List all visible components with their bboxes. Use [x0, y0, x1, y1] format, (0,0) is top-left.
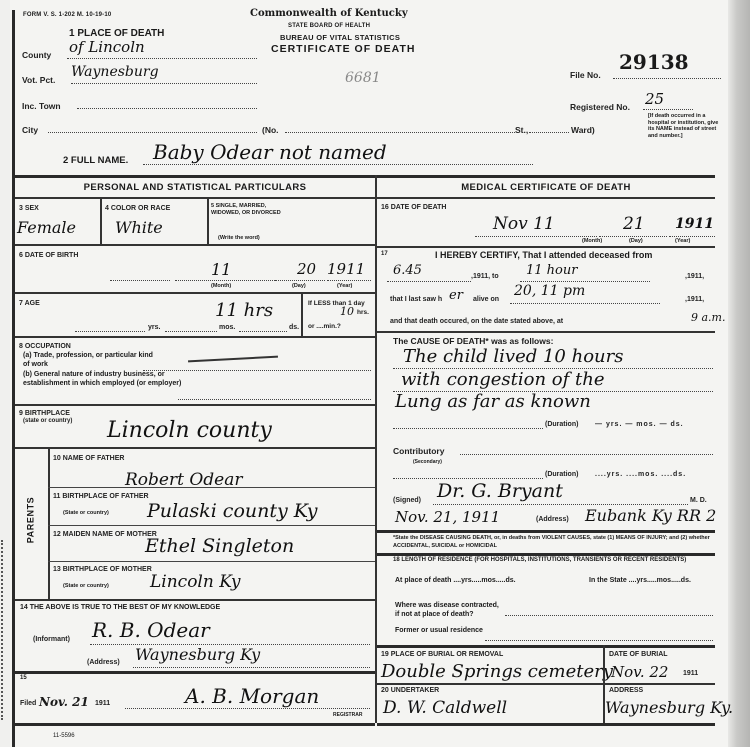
divider: [377, 553, 715, 556]
county-label: County: [22, 50, 51, 60]
divider: [15, 723, 375, 726]
filed-date-value[interactable]: Nov. 21: [39, 695, 89, 709]
death-time-value[interactable]: 9 a.m.: [691, 311, 725, 324]
day-caption: (Day): [292, 283, 306, 289]
occupation-label: 8 OCCUPATION: [19, 343, 71, 351]
age-years-field[interactable]: [75, 323, 145, 332]
marital-status-field[interactable]: [290, 205, 370, 237]
alive-on-label: alive on: [473, 296, 499, 304]
birthplace-value[interactable]: Lincoln county: [107, 418, 272, 443]
burial-place-label: 19 PLACE OF BURIAL OR REMOVAL: [381, 651, 503, 659]
commonwealth-title: Commonwealth of Kentucky: [250, 8, 408, 19]
divider: [15, 336, 375, 338]
divider: [377, 683, 715, 685]
full-name-label: 2 FULL NAME.: [63, 155, 128, 166]
occupation-b-label: (b) General nature of industry business,…: [23, 371, 188, 388]
marital-status-label: 5 SINGLE, MARRIED, WIDOWED, OR DIVORCED: [211, 203, 281, 217]
street-label: St.,: [515, 125, 528, 135]
dob-month-field[interactable]: 11: [175, 272, 275, 281]
undertaker-address-value[interactable]: Waynesburg Ky.: [605, 698, 733, 717]
divider: [15, 404, 375, 406]
cause-duration-label: (Duration): [545, 421, 578, 429]
month-caption: (Month): [211, 283, 231, 289]
inc-town-field[interactable]: [77, 98, 257, 109]
cause-line-1[interactable]: The child lived 10 hours: [393, 360, 713, 369]
birthplace-sub-label: (state or country): [23, 418, 72, 424]
mos-caption: mos.: [219, 324, 235, 332]
date-of-death-label: 16 DATE OF DEATH: [381, 204, 446, 212]
divider: [207, 197, 209, 244]
mother-birthplace-sub: (State or country): [63, 583, 109, 589]
age-label: 7 AGE: [19, 300, 40, 308]
contrib-duration-dots: [393, 470, 543, 479]
hospital-note: [If death occurred in a hospital or inst…: [648, 113, 726, 139]
certify-statement: I HEREBY CERTIFY, That I attended deceas…: [435, 250, 652, 260]
mother-name-value[interactable]: Ethel Singleton: [145, 535, 294, 557]
divider: [15, 244, 375, 246]
physician-address-value[interactable]: Eubank Ky RR 2: [585, 506, 716, 525]
registered-no-label: Registered No.: [570, 102, 630, 112]
divider: [377, 246, 715, 248]
ward-field[interactable]: [529, 122, 569, 133]
divider: [48, 487, 375, 488]
father-birthplace-label: 11 BIRTHPLACE OF FATHER: [53, 493, 153, 501]
undertaker-label: 20 UNDERTAKER: [381, 687, 439, 695]
dod-year-field[interactable]: 1911: [669, 228, 715, 237]
divider: [301, 292, 303, 336]
dod-month-field[interactable]: Nov 11: [475, 228, 597, 237]
occupation-b-field[interactable]: [178, 391, 371, 400]
in-state-label[interactable]: In the State ....yrs.....mos.....ds.: [589, 576, 714, 585]
contributory-label: Contributory: [393, 446, 444, 456]
informant-address-label: (Address): [87, 659, 120, 667]
color-race-label: 4 COLOR OR RACE: [105, 205, 170, 213]
attended-from-field[interactable]: 6.45: [387, 273, 471, 282]
cause-duration-dots: [393, 420, 543, 429]
father-birthplace-sub: (State or country): [63, 510, 109, 516]
dod-month-caption: (Month): [582, 238, 602, 244]
dod-day-value: 21: [623, 214, 645, 234]
dod-year-caption: (Year): [675, 238, 690, 244]
divider: [15, 447, 375, 449]
dob-day-value: 20: [297, 260, 316, 278]
informant-statement: 14 THE ABOVE IS TRUE TO THE BEST OF MY K…: [20, 604, 220, 611]
signed-label: (Signed): [393, 497, 421, 505]
attended-to-field[interactable]: 11 hour: [520, 273, 650, 282]
bureau-title: BUREAU OF VITAL STATISTICS: [280, 33, 400, 42]
contributory-field[interactable]: [460, 446, 713, 455]
last-saw-pronoun[interactable]: er: [449, 288, 463, 303]
burial-place-value[interactable]: Double Springs cemetery: [381, 661, 613, 682]
divider: [377, 723, 715, 726]
cause-duration-units[interactable]: — yrs. — mos. — ds.: [595, 421, 684, 429]
date-of-birth-label: 6 DATE OF BIRTH: [19, 252, 78, 260]
vot-pct-label: Vot. Pct.: [22, 75, 55, 85]
attended-year2: ,1911,: [685, 273, 704, 281]
cause-line-3-value: Lung as far as known: [395, 391, 591, 412]
dob-dots: [110, 272, 170, 281]
divider: [15, 599, 375, 601]
registrar-label: REGISTRAR: [333, 712, 362, 718]
dod-day-field[interactable]: 21: [599, 228, 667, 237]
dod-year-value: 1911: [675, 216, 714, 232]
parents-side-label: PARENTS: [25, 497, 35, 544]
cause-line-1-value: The child lived 10 hours: [403, 346, 623, 367]
certificate-title: CERTIFICATE OF DEATH: [271, 43, 415, 55]
age-value: 11 hrs: [215, 300, 273, 321]
death-occurred-label: and that death occured, on the date stat…: [390, 318, 563, 326]
contrib-duration-label: (Duration): [545, 471, 578, 479]
color-race-value[interactable]: White: [115, 218, 163, 237]
where-contracted-field[interactable]: [505, 609, 713, 616]
former-residence-label: Former or usual residence: [395, 626, 485, 635]
informant-value: R. B. Odear: [92, 618, 210, 642]
divider: [15, 671, 375, 674]
scan-right-edge: [728, 0, 750, 747]
informant-address-field[interactable]: Waynesburg Ky: [133, 659, 370, 668]
dob-month-value: 11: [211, 260, 231, 279]
divider: [377, 530, 715, 533]
street-no-label: (No.: [262, 125, 279, 135]
occupation-a-field[interactable]: [143, 362, 371, 371]
age-months-field[interactable]: [165, 323, 217, 332]
divider: [100, 197, 102, 244]
sex-value[interactable]: Female: [17, 218, 76, 237]
file-no-label: File No.: [570, 70, 601, 80]
ward-label: Ward): [571, 125, 595, 135]
vot-pct-field[interactable]: Waynesburg: [71, 70, 257, 84]
father-birthplace-value[interactable]: Pulaski county Ky: [147, 500, 317, 522]
dob-year-field[interactable]: 1911: [327, 272, 371, 281]
burial-date-value[interactable]: Nov. 22: [611, 663, 668, 681]
undertaker-value[interactable]: D. W. Caldwell: [383, 698, 507, 718]
signed-date-value[interactable]: Nov. 21, 1911: [395, 508, 500, 526]
divider: [15, 197, 375, 199]
cause-line-2-value: with congestion of the: [401, 369, 604, 390]
last-saw-label: that I last saw h: [390, 296, 442, 304]
county-field[interactable]: of Lincoln: [67, 44, 257, 59]
divider: [48, 525, 375, 526]
full-name-value: Baby Odear not named: [153, 140, 387, 164]
where-contracted-label: Where was disease contracted, if not at …: [395, 601, 505, 619]
hrs-caption: hrs.: [357, 309, 369, 316]
county-value: of Lincoln: [69, 38, 145, 56]
contrib-duration-units[interactable]: ....yrs. ....mos. ....ds.: [595, 471, 686, 479]
former-residence-field[interactable]: [485, 634, 713, 641]
death-certificate: FORM V. S. 1-202 M. 10-19-10 Commonwealt…: [15, 0, 727, 747]
margin-note: [1, 540, 9, 720]
attended-to-value: 11 hour: [526, 263, 577, 278]
personal-section-title: PERSONAL AND STATISTICAL PARTICULARS: [15, 182, 375, 193]
physician-address-label: (Address): [536, 516, 569, 524]
residence-label: 18 LENGTH OF RESIDENCE (FOR HOSPITALS, I…: [393, 557, 713, 565]
cause-line-3[interactable]: Lung as far as known: [393, 391, 715, 415]
signed-value: Dr. G. Bryant: [437, 480, 563, 502]
divider: [48, 447, 50, 599]
marital-note: (Write the word): [218, 235, 260, 241]
burial-year: 1911: [683, 670, 698, 678]
undertaker-address-label: ADDRESS: [609, 687, 643, 695]
cause-footnote: *State the DISEASE CAUSING DEATH, or, in…: [393, 535, 713, 550]
filed-number: 15: [20, 675, 27, 681]
ds-caption: ds.: [289, 324, 299, 332]
divider: [15, 175, 715, 178]
min-caption: or ....min.?: [308, 323, 341, 330]
divider: [377, 197, 715, 199]
city-label: City: [22, 125, 38, 135]
yrs-caption: yrs.: [148, 324, 160, 332]
year-caption: (Year): [337, 283, 352, 289]
alive-year: ,1911,: [685, 296, 704, 304]
city-field[interactable]: [48, 122, 257, 133]
mother-birthplace-label: 13 BIRTHPLACE OF MOTHER: [53, 566, 153, 574]
informant-label: (Informant): [33, 636, 70, 644]
registered-no-field[interactable]: 25: [643, 96, 693, 110]
attended-from-value: 6.45: [393, 263, 422, 278]
contributory-sub: (Secondary): [413, 459, 442, 465]
board-title: STATE BOARD OF HEALTH: [288, 23, 370, 29]
burial-date-label: DATE OF BURIAL: [609, 651, 668, 659]
divider: [377, 331, 715, 333]
inc-town-label: Inc. Town: [22, 101, 61, 111]
attended-year1: ,1911, to: [471, 273, 499, 281]
file-no-field[interactable]: 29138: [613, 62, 721, 79]
informant-field[interactable]: R. B. Odear: [90, 636, 370, 645]
medical-section-title: MEDICAL CERTIFICATE OF DEATH: [377, 182, 715, 193]
divider: [48, 561, 375, 562]
dob-year-value: 1911: [327, 260, 365, 278]
footer-code: 11-5596: [53, 733, 75, 739]
file-no-value: 29138: [619, 50, 689, 74]
pencil-number: 6681: [345, 70, 381, 86]
mother-name-label: 12 MAIDEN NAME OF MOTHER: [53, 531, 153, 539]
divider: [377, 645, 715, 648]
less-than-hrs-value[interactable]: 10: [340, 305, 354, 318]
dod-month-value: Nov 11: [493, 214, 555, 234]
certify-number: 17: [381, 251, 388, 257]
md-label: M. D.: [690, 497, 707, 505]
father-name-label: 10 NAME OF FATHER: [53, 455, 113, 463]
sex-label: 3 SEX: [19, 205, 39, 213]
occupation-a-label: (a) Trade, profession, or particular kin…: [23, 352, 158, 369]
form-id: FORM V. S. 1-202 M. 10-19-10: [23, 12, 111, 18]
cause-of-death-label: The CAUSE OF DEATH* was as follows:: [393, 336, 553, 346]
dod-day-caption: (Day): [629, 238, 643, 244]
occupation-dash: [188, 356, 278, 363]
center-divider: [375, 175, 377, 723]
mother-birthplace-value[interactable]: Lincoln Ky: [150, 572, 240, 592]
dob-day-field[interactable]: 20: [275, 272, 325, 281]
street-no-field[interactable]: [285, 122, 515, 133]
full-name-field[interactable]: Baby Odear not named: [143, 150, 533, 165]
registered-no-value: 25: [645, 90, 664, 108]
registrar-field[interactable]: A. B. Morgan: [125, 700, 370, 709]
birthplace-label: 9 BIRTHPLACE: [19, 410, 70, 418]
signed-field[interactable]: Dr. G. Bryant: [433, 496, 688, 505]
informant-address-value: Waynesburg Ky: [135, 645, 260, 664]
age-days-field[interactable]: [239, 323, 287, 332]
vot-pct-value: Waynesburg: [71, 64, 159, 80]
at-place-label[interactable]: At place of death ....yrs.....mos.....ds…: [395, 576, 535, 585]
registrar-signature: A. B. Morgan: [185, 684, 319, 708]
divider: [15, 292, 375, 294]
alive-on-value: 20, 11 pm: [514, 283, 585, 299]
alive-on-field[interactable]: 20, 11 pm: [510, 295, 660, 304]
filed-year: 1911: [95, 700, 110, 708]
filed-label: Filed: [20, 700, 36, 708]
